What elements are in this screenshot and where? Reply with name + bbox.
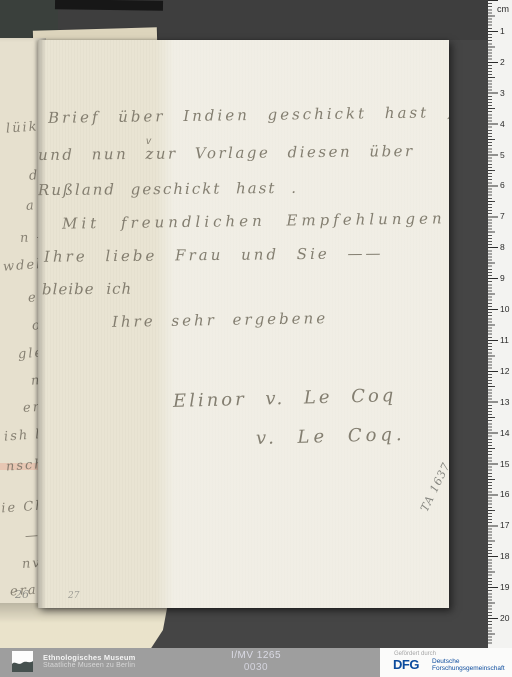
ruler-number: 9 (500, 273, 505, 283)
ruler-number: 1 (500, 26, 505, 36)
ruler-number: 16 (500, 489, 509, 499)
inventory-block: I/MV 1265 0030 (231, 650, 281, 673)
underlying-sheet-bottom-edge (0, 603, 168, 648)
dfg-logo: DFG (393, 657, 419, 672)
funding-org-line2: Forschungsgemeinschaft (432, 665, 505, 672)
ruler-number: 7 (500, 211, 505, 221)
fold-shadow (38, 40, 46, 608)
ruler-number: 3 (500, 88, 505, 98)
scan-page-number: 0030 (231, 662, 281, 673)
ruler-number: 18 (500, 551, 509, 561)
ruler-number: 17 (500, 520, 509, 530)
ruler-number: 4 (500, 119, 505, 129)
ruler-number: 15 (500, 459, 509, 469)
handwriting-line: Rußland geschickt hast . (38, 179, 298, 199)
ruler-number: 6 (500, 180, 505, 190)
inventory-number: I/MV 1265 (231, 650, 281, 661)
ruler-number: 19 (500, 582, 509, 592)
funding-box: Gefördert durch DFG Deutsche Forschungsg… (380, 648, 512, 677)
ruler-cm-ticks (488, 0, 498, 644)
ruler-number: 8 (500, 242, 505, 252)
ruler-unit-label: cm (497, 4, 509, 14)
funding-organisation: Deutsche Forschungsgemeinschaft (432, 658, 505, 672)
handwriting-line: Ihre liebe Frau und Sie —— (44, 244, 384, 266)
ruler-number: 2 (500, 57, 505, 67)
smb-museum-logo-icon (12, 651, 33, 672)
cm-ruler: cm 1234567891011121314151617181920 (488, 0, 512, 648)
funding-org-line1: Deutsche (432, 658, 505, 665)
pencil-page-number-27: 27 (68, 591, 79, 601)
ruler-number: 5 (500, 150, 505, 160)
ruler-number: 14 (500, 428, 509, 438)
handwriting-line: bleibe ich (42, 280, 132, 299)
letter-page: v 27 TA 1637 Brief über Indien geschickt… (38, 40, 449, 608)
ruler-number: 10 (500, 304, 509, 314)
handwriting-line: Ihre sehr ergebene (112, 309, 328, 331)
museum-organisation: Staatliche Museen zu Berlin (43, 662, 135, 669)
footer-bar: Ethnologisches Museum Staatliche Museen … (0, 648, 512, 677)
museum-name: Ethnologisches Museum (43, 653, 136, 662)
scan-background-dark-patch (55, 0, 163, 11)
ruler-number: 13 (500, 397, 509, 407)
ruler-number: 11 (500, 335, 509, 345)
ruler-number: 20 (500, 613, 509, 623)
scan-viewport: 26 lüik td .a un —wdelyemonglernnensish … (0, 0, 512, 677)
handwriting-line: v. Le Coq. (256, 424, 406, 449)
ruler-number: 12 (500, 366, 509, 376)
